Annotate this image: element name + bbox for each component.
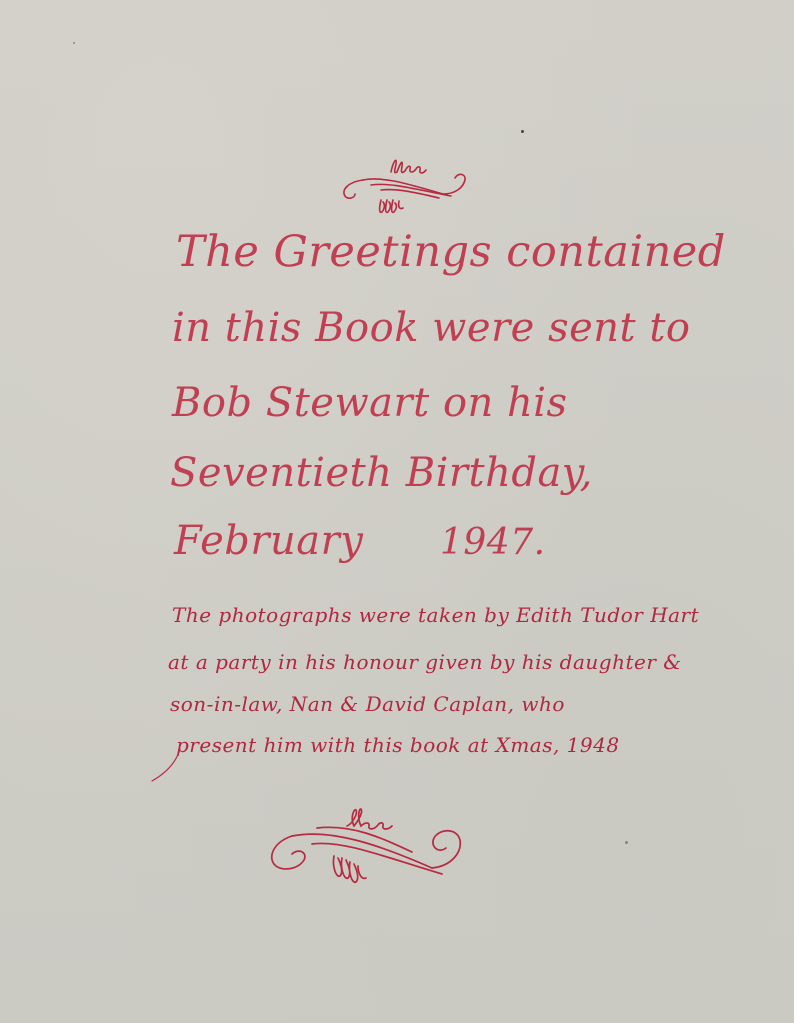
- note-line-1: The photographs were taken by Edith Tudo…: [172, 603, 699, 627]
- heading-line-3: Bob Stewart on his: [172, 380, 568, 426]
- heading-line-1: The Greetings contained: [176, 227, 726, 277]
- heading-year: 1947.: [440, 522, 546, 563]
- descender-stroke: [148, 745, 188, 785]
- document-page: The Greetings contained in this Book wer…: [0, 0, 794, 1023]
- note-line-4: present him with this book at Xmas, 1948: [176, 733, 620, 757]
- paper-speck: [73, 42, 75, 44]
- note-line-3: son-in-law, Nan & David Caplan, who: [170, 692, 565, 716]
- paper-speck: [521, 130, 524, 133]
- note-line-2: at a party in his honour given by his da…: [168, 650, 682, 674]
- top-flourish-ornament-icon: [333, 150, 473, 220]
- heading-line-5: February: [174, 518, 363, 564]
- paper-speck: [625, 841, 628, 844]
- bottom-flourish-ornament-icon: [262, 800, 467, 900]
- heading-line-2: in this Book were sent to: [172, 305, 690, 351]
- heading-line-4: Seventieth Birthday,: [170, 450, 593, 496]
